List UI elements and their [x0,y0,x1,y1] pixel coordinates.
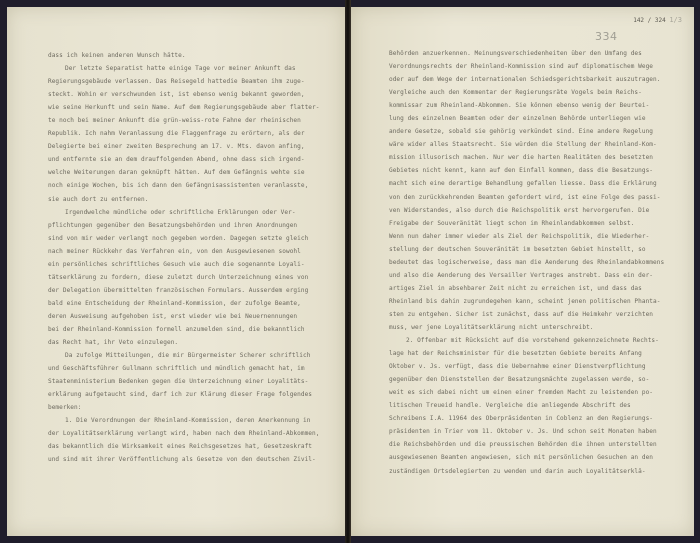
text-line: dass ich keinen anderen Wunsch hätte. [48,49,319,62]
text-line: ven Widerstandes, also durch die Reichsp… [389,204,664,217]
text-line: und Geschäftsführer Gullmann schriftlich… [48,362,319,375]
folio-number: 142 / 324 1/3 [633,16,682,24]
text-line: mission illusorisch machen. Nur wer die … [389,151,664,164]
text-line: ein persönliches schriftliches Gesuch wi… [48,258,319,271]
text-line: sie auch dort zu entfernen. [48,193,319,206]
text-line: welche Weiterungen daran geknüpft hätten… [48,166,319,179]
text-line: 1. Die Verordnungen der Rheinland-Kommis… [48,414,319,427]
text-line: Vergleiche auch den Kommentar der Regier… [389,86,664,99]
left-page-text: dass ich keinen anderen Wunsch hätte.Der… [48,49,319,467]
text-line: erklärung aufgetaucht sind, darf ich zur… [48,388,319,401]
left-page: dass ich keinen anderen Wunsch hätte.Der… [7,7,345,536]
text-line: das bekanntlich die Wirksamkeit eines Re… [48,440,319,453]
page-stamp-number: 334 [595,30,618,43]
text-line: nach meiner Rückkehr das Verfahren ein, … [48,245,319,258]
text-line: Republik. Ich nahm Veranlassung die Flag… [48,127,319,140]
text-line: der Loyalitätserklärung verlangt wird, h… [48,427,319,440]
text-line: wie seine Herkunft und sein Name. Auf de… [48,101,319,114]
text-line: Der letzte Separatist hatte einige Tage … [48,62,319,75]
folio-pencil-mark: 1/3 [669,16,682,24]
text-line: bemerken: [48,401,319,414]
text-line: bald eine Entscheidung der Rheinland-Kom… [48,297,319,310]
text-line: und entfernte sie an dem drauffolgenden … [48,153,319,166]
text-line: Verordnungsrechts der Rheinland-Kommissi… [389,60,664,73]
text-line: muss, wer jene Loyalitätserklärung nicht… [389,321,664,334]
text-line: Behörden anzuerkennen. Meinungsverschied… [389,47,664,60]
text-line: noch einige Wochen, bis ich dann den Gef… [48,179,319,192]
right-page: 142 / 324 1/3 334 Behörden anzuerkennen.… [351,7,694,536]
text-line: und also die Aenderung des Versailler Ve… [389,269,664,282]
text-line: Regierungsgebäude verlassen. Das Reisege… [48,75,319,88]
text-line: Freigabe der Souveränität liegt schon im… [389,217,664,230]
text-line: andere Gesetze, sobald sie gehörig verkü… [389,125,664,138]
text-line: der Delegation übermittelten französisch… [48,284,319,297]
text-line: lung des einzelnen Beamten oder der einz… [389,112,664,125]
text-line: macht sich eine derartige Behandlung gef… [389,177,664,190]
text-line: Staatenministerium Bedenken gegen die Un… [48,375,319,388]
text-line: Schreibens I.A. 11964 des Oberpräsidente… [389,412,664,425]
text-line: artiges Ziel in absehbarer Zeit nicht zu… [389,282,664,295]
text-line: pflichtungen gegenüber den Besatzungsbeh… [48,219,319,232]
text-line: Gebietes nicht kennt, kann auf den Einfa… [389,164,664,177]
text-line: Delegierte bei einer zweiten Besprechung… [48,140,319,153]
text-line: stellung der deutschen Souveränität im b… [389,243,664,256]
text-line: gegenüber den Dienststellen der Besatzun… [389,373,664,386]
text-line: oder auf dem Wege der internationalen Sc… [389,73,664,86]
text-line: weit es sich dabei nicht um einen einer … [389,386,664,399]
text-line: tätserklärung zu fordern, diese zuletzt … [48,271,319,284]
text-line: 2. Offenbar mit Rücksicht auf die vorste… [389,334,664,347]
right-page-text: Behörden anzuerkennen. Meinungsverschied… [389,47,664,478]
text-line: Irgendwelche mündliche oder schriftliche… [48,206,319,219]
text-line: kommissar zum Rheinland-Abkommen. Sie kö… [389,99,664,112]
text-line: te noch bei meiner Ankunft die grün-weis… [48,114,319,127]
text-line: deren Ausweisung aufgehoben ist, erst wi… [48,310,319,323]
text-line: Oktober v. Js. verfügt, dass die Ueberna… [389,360,664,373]
text-line: lage hat der Reichsminister für die bese… [389,347,664,360]
text-line: und sind mit ihrer Veröffentlichung als … [48,453,319,466]
text-line: Wenn nun daher immer wieder als Ziel der… [389,230,664,243]
text-line: steckt. Wohin er verschwunden ist, ist e… [48,88,319,101]
text-line: zuständigen Ortsdelegierten zu wenden un… [389,465,664,478]
text-line: präsidenten in Trier vom 11. Oktober v. … [389,425,664,438]
text-line: sten zu entgehen. Sicher ist zunächst, d… [389,308,664,321]
text-line: bei der Rheinland-Kommission formell anz… [48,323,319,336]
text-line: das Recht hat, ihr Veto einzulegen. [48,336,319,349]
text-line: Da zufolge Mitteilungen, die mir Bürgerm… [48,349,319,362]
text-line: litischen Treueid handle. Vergleiche die… [389,399,664,412]
text-line: die Reichsbehörden und die preussischen … [389,438,664,451]
text-line: wäre wider alles Staatsrecht. Sie würden… [389,138,664,151]
text-line: sind von mir weder verlangt noch gegeben… [48,232,319,245]
text-line: ausgewiesenen Beamten angewiesen, sich m… [389,451,664,464]
text-line: von den zurückkehrenden Beamten geforder… [389,191,664,204]
folio-text: 142 / 324 [633,17,666,24]
text-line: bedeutet das logischerweise, dass man di… [389,256,664,269]
text-line: Rheinland bis dahin zugrundegehen kann, … [389,295,664,308]
